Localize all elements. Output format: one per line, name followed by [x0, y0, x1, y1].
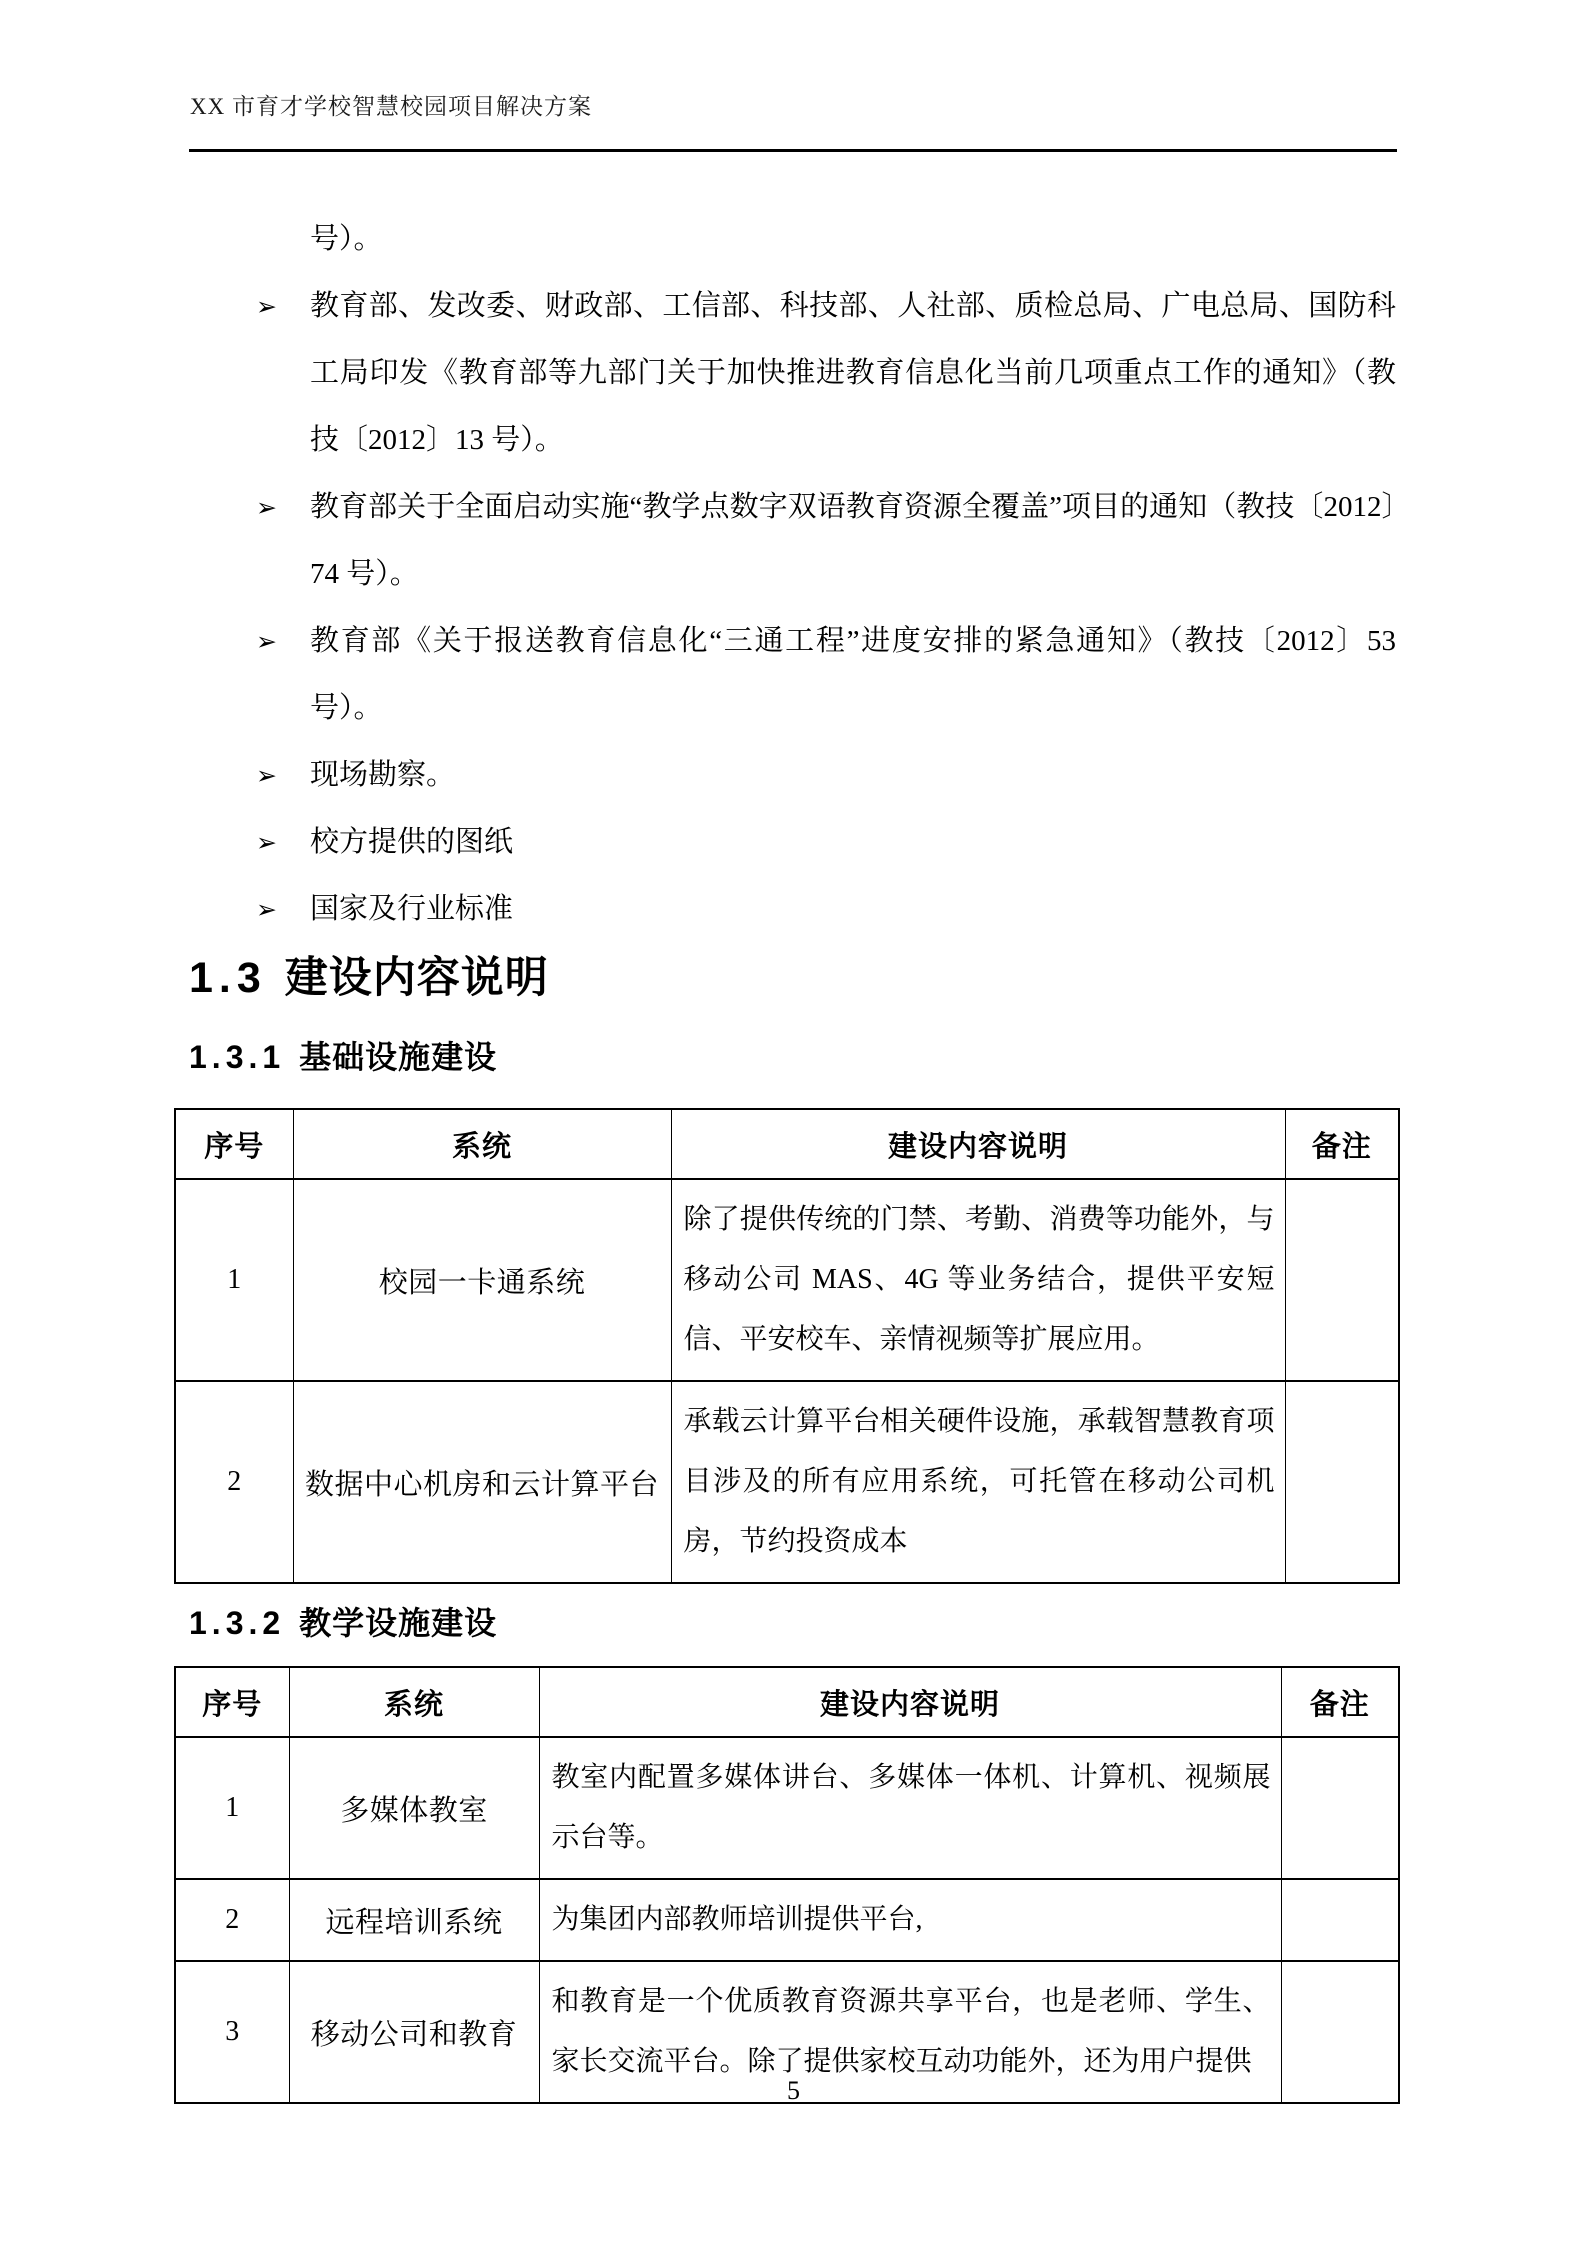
arrow-bullet-icon: ➢: [256, 742, 277, 809]
col-header-no: 序号: [175, 1109, 293, 1179]
cell-no: 2: [175, 1879, 289, 1961]
list-item-text: 教育部关于全面启动实施“教学点数字双语教育资源全覆盖”项目的通知（教技〔2012…: [310, 491, 1396, 590]
section-heading-1-3: 1.3 建设内容说明: [189, 944, 549, 1005]
header-title: XX 市育才学校智慧校园项目解决方案: [190, 88, 592, 121]
table-row: 2 数据中心机房和云计算平台 承载云计算平台相关硬件设施，承载智慧教育项目涉及的…: [175, 1381, 1399, 1583]
arrow-bullet-icon: ➢: [256, 608, 277, 675]
col-header-desc: 建设内容说明: [539, 1667, 1281, 1737]
heading-number: 1.3.1: [189, 1039, 285, 1076]
cell-no: 1: [175, 1737, 289, 1879]
cell-note: [1281, 1879, 1399, 1961]
list-item: ➢ 教育部关于全面启动实施“教学点数字双语教育资源全覆盖”项目的通知（教技〔20…: [310, 474, 1396, 608]
list-item: ➢ 校方提供的图纸: [310, 809, 1396, 876]
header-rule: [189, 149, 1397, 152]
cell-system: 多媒体教室: [289, 1737, 539, 1879]
arrow-bullet-icon: ➢: [256, 273, 277, 340]
col-header-note: 备注: [1281, 1667, 1399, 1737]
arrow-bullet-icon: ➢: [256, 876, 277, 943]
page-number: 5: [0, 2076, 1587, 2106]
cell-note: [1285, 1381, 1399, 1583]
cell-note: [1285, 1179, 1399, 1381]
table-row: 2 远程培训系统 为集团内部教师培训提供平台,: [175, 1879, 1399, 1961]
table-header-row: 序号 系统 建设内容说明 备注: [175, 1109, 1399, 1179]
col-header-desc: 建设内容说明: [671, 1109, 1285, 1179]
list-item-text: 现场勘察。: [310, 759, 455, 791]
cell-desc: 为集团内部教师培训提供平台,: [539, 1879, 1281, 1961]
paragraph-continuation: 号）。: [310, 206, 1396, 273]
col-header-note: 备注: [1285, 1109, 1399, 1179]
list-item: ➢ 国家及行业标准: [310, 876, 1396, 943]
table-row: 1 多媒体教室 教室内配置多媒体讲台、多媒体一体机、计算机、视频展示台等。: [175, 1737, 1399, 1879]
section-heading-1-3-1: 1.3.1 基础设施建设: [189, 1032, 497, 1078]
cell-system: 校园一卡通系统: [293, 1179, 671, 1381]
cell-system: 远程培训系统: [289, 1879, 539, 1961]
list-item: ➢ 现场勘察。: [310, 742, 1396, 809]
cell-no: 2: [175, 1381, 293, 1583]
col-header-system: 系统: [293, 1109, 671, 1179]
heading-text: 教学设施建设: [299, 1598, 497, 1644]
table-row: 1 校园一卡通系统 除了提供传统的门禁、考勤、消费等功能外，与移动公司 MAS、…: [175, 1179, 1399, 1381]
list-item: ➢ 教育部、发改委、财政部、工信部、科技部、人社部、质检总局、广电总局、国防科工…: [310, 273, 1396, 474]
cell-desc: 承载云计算平台相关硬件设施，承载智慧教育项目涉及的所有应用系统，可托管在移动公司…: [671, 1381, 1285, 1583]
col-header-system: 系统: [289, 1667, 539, 1737]
list-item-text: 教育部《关于报送教育信息化“三通工程”进度安排的紧急通知》（教技〔2012〕53…: [310, 625, 1396, 724]
cell-desc: 教室内配置多媒体讲台、多媒体一体机、计算机、视频展示台等。: [539, 1737, 1281, 1879]
table-header-row: 序号 系统 建设内容说明 备注: [175, 1667, 1399, 1737]
list-item-text: 校方提供的图纸: [310, 826, 513, 858]
document-page: XX 市育才学校智慧校园项目解决方案 号）。 ➢ 教育部、发改委、财政部、工信部…: [0, 0, 1587, 2245]
infrastructure-table: 序号 系统 建设内容说明 备注 1 校园一卡通系统 除了提供传统的门禁、考勤、消…: [174, 1108, 1400, 1584]
cell-desc: 除了提供传统的门禁、考勤、消费等功能外，与移动公司 MAS、4G 等业务结合，提…: [671, 1179, 1285, 1381]
list-item-text: 国家及行业标准: [310, 893, 513, 925]
cell-no: 1: [175, 1179, 293, 1381]
intro-list: 号）。 ➢ 教育部、发改委、财政部、工信部、科技部、人社部、质检总局、广电总局、…: [310, 206, 1396, 943]
list-item-text: 教育部、发改委、财政部、工信部、科技部、人社部、质检总局、广电总局、国防科工局印…: [310, 290, 1396, 456]
arrow-bullet-icon: ➢: [256, 809, 277, 876]
list-item: ➢ 教育部《关于报送教育信息化“三通工程”进度安排的紧急通知》（教技〔2012〕…: [310, 608, 1396, 742]
cell-note: [1281, 1737, 1399, 1879]
section-heading-1-3-2: 1.3.2 教学设施建设: [189, 1598, 497, 1644]
col-header-no: 序号: [175, 1667, 289, 1737]
heading-text: 基础设施建设: [299, 1032, 497, 1078]
cell-system: 数据中心机房和云计算平台: [293, 1381, 671, 1583]
arrow-bullet-icon: ➢: [256, 474, 277, 541]
teaching-table: 序号 系统 建设内容说明 备注 1 多媒体教室 教室内配置多媒体讲台、多媒体一体…: [174, 1666, 1400, 2104]
heading-number: 1.3: [189, 954, 267, 1003]
heading-number: 1.3.2: [189, 1605, 285, 1642]
heading-text: 建设内容说明: [285, 944, 549, 1005]
